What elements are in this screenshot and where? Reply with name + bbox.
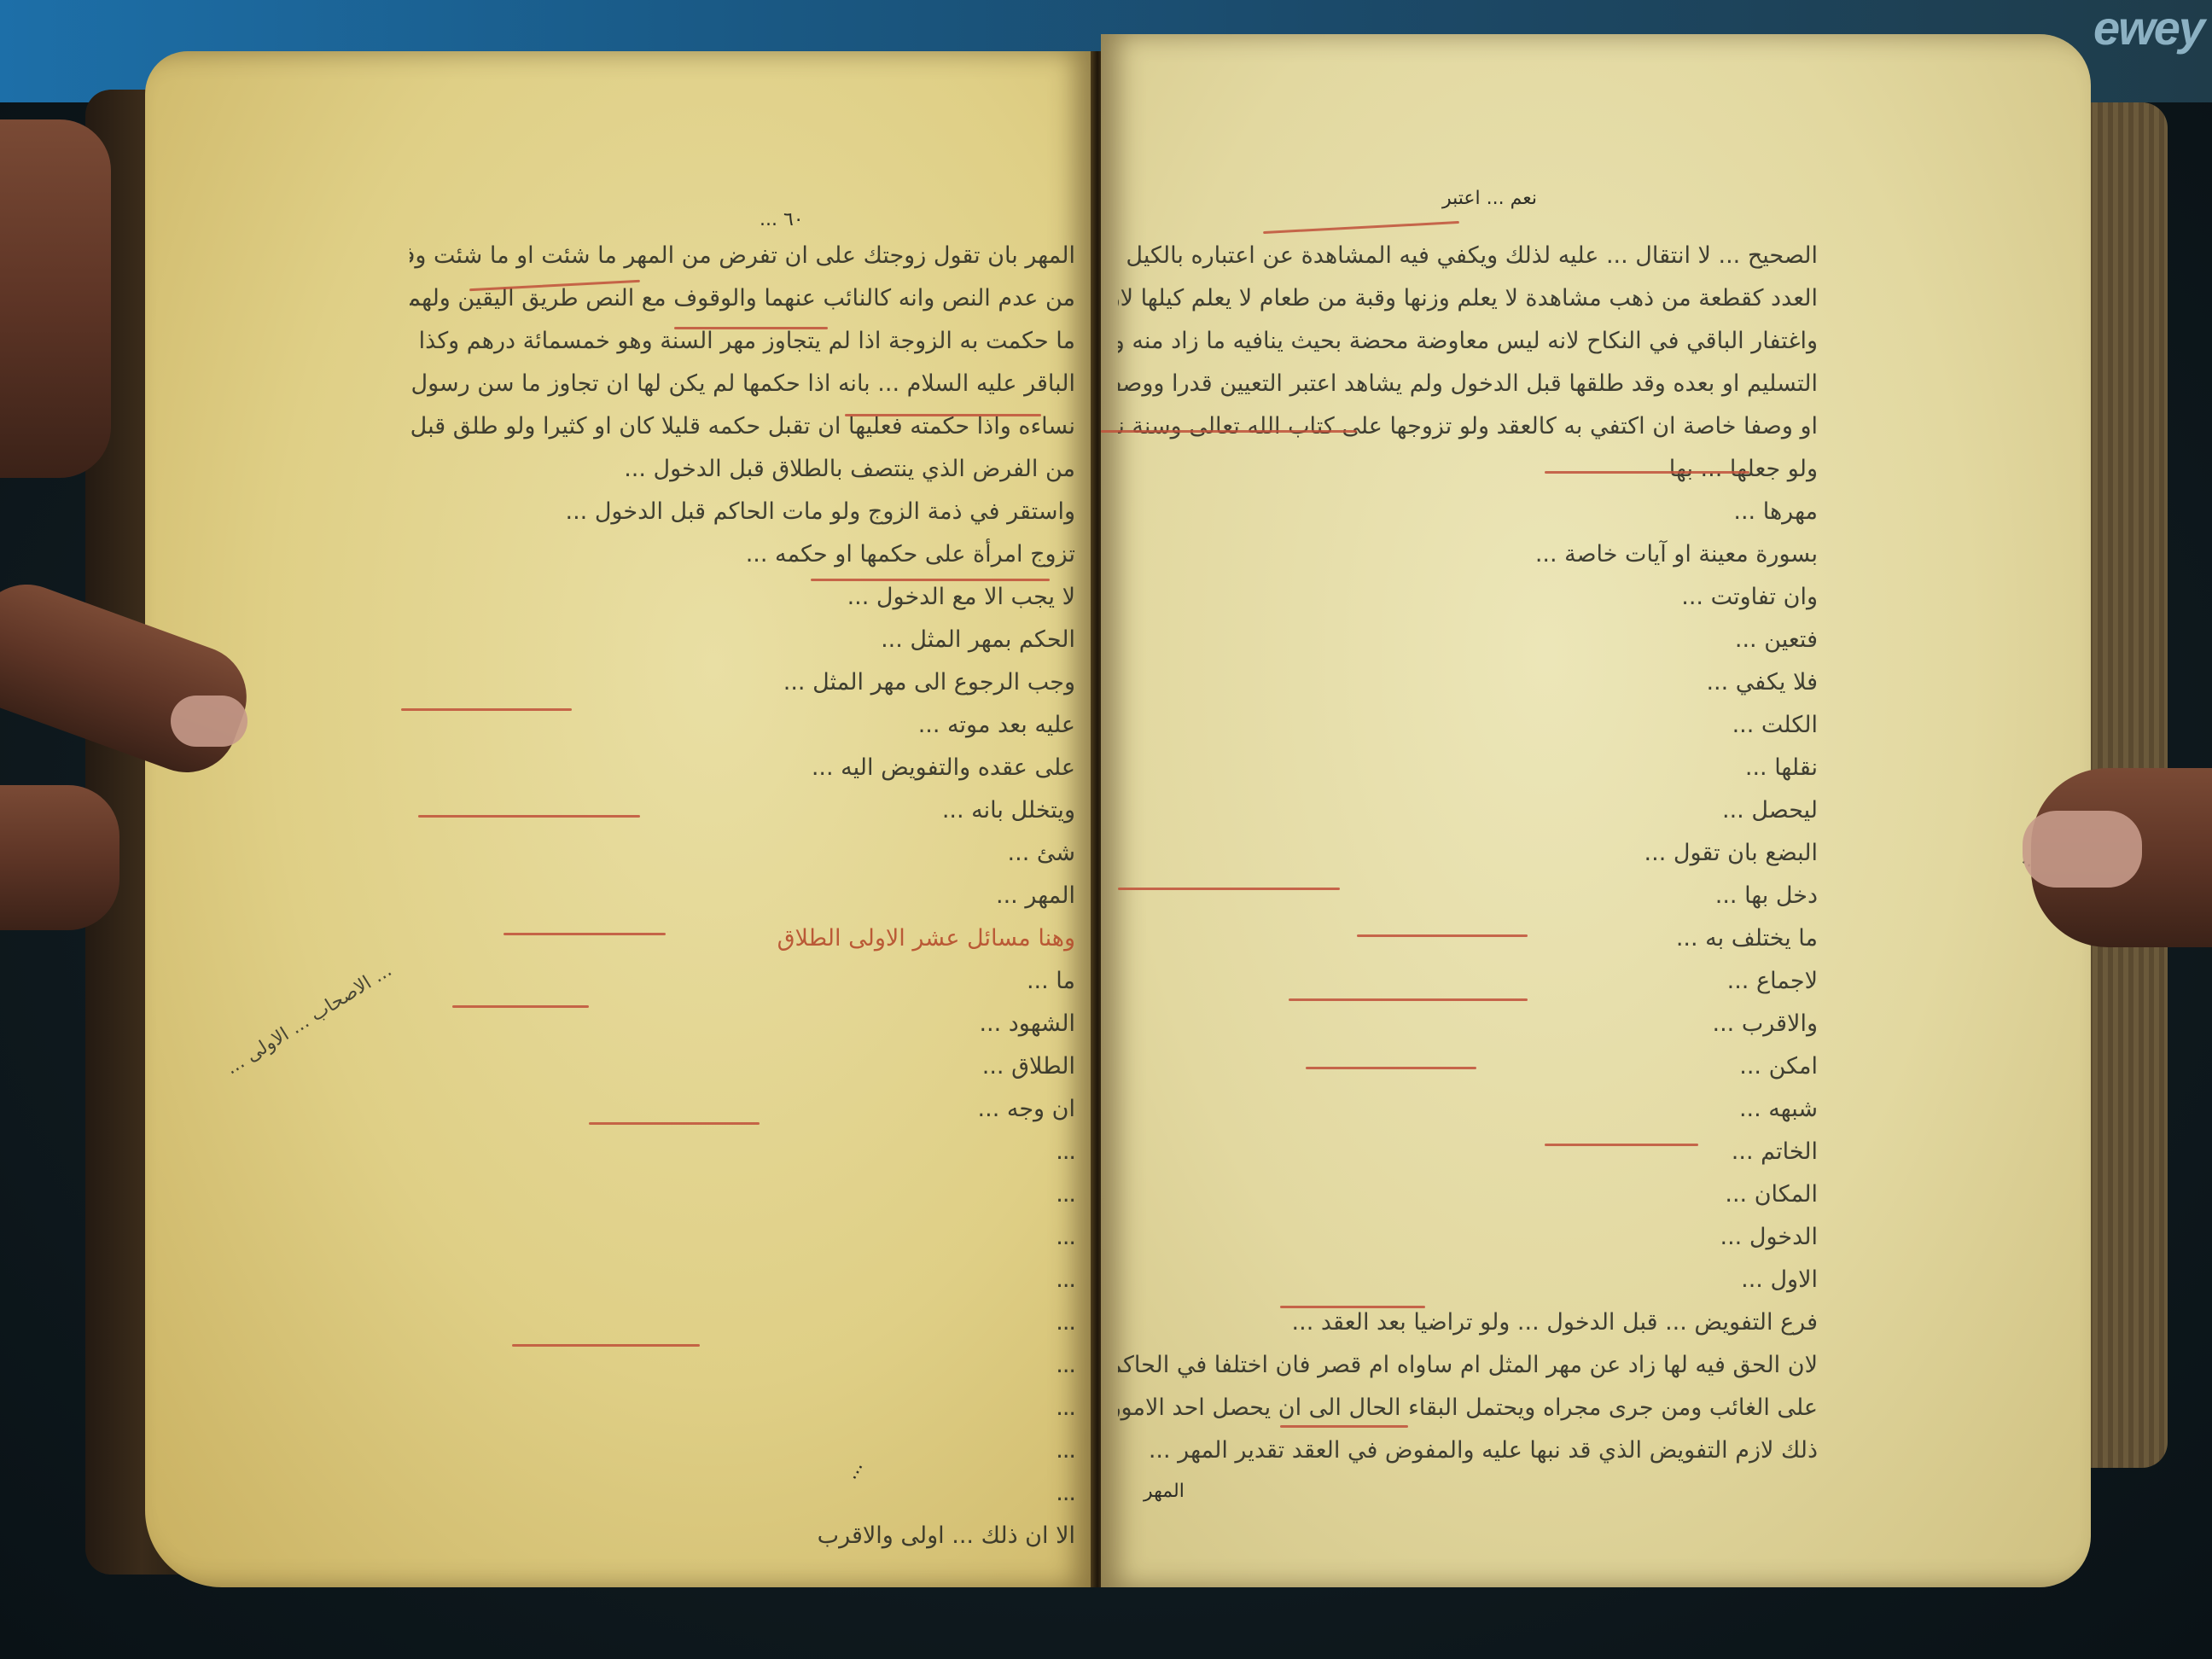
manuscript-line: وان تفاوتت ...: [1118, 576, 1818, 619]
rubric-underline: [1289, 998, 1528, 1001]
manuscript-line: العدد كقطعة من ذهب مشاهدة لا يعلم وزنها …: [1118, 277, 1818, 320]
manuscript-line: لاجماع ...: [1118, 960, 1818, 1003]
manuscript-line: وجب الرجوع الى مهر المثل ...: [410, 661, 1075, 704]
manuscript-line: ذلك لازم التفويض الذي قد نبها عليه والمف…: [1118, 1429, 1818, 1472]
manuscript-line: نقلها ...: [1118, 747, 1818, 789]
rubric-underline: [1280, 1425, 1408, 1428]
rubric-underline: [1357, 934, 1528, 937]
right-page-header-note: نعم ... اعتبر: [1442, 188, 1537, 209]
manuscript-line: او وصفا خاصة ان اكتفي به كالعقد ولو تزوج…: [1118, 405, 1818, 448]
rubric-underline: [504, 933, 666, 935]
manuscript-line: ...: [410, 1429, 1075, 1472]
manuscript-line: ويتخلل بانه ...: [410, 789, 1075, 832]
manuscript-line: التسليم او بعده وقد طلقها قبل الدخول ولم…: [1118, 363, 1818, 405]
rubric-underline: [512, 1344, 700, 1347]
manuscript-line: المكان ...: [1118, 1173, 1818, 1216]
manuscript-line: الكلت ...: [1118, 704, 1818, 747]
hand-left-upper: [0, 119, 111, 478]
rubric-underline: [418, 815, 640, 818]
manuscript-line: شبهه ...: [1118, 1088, 1818, 1131]
manuscript-line: من الفرض الذي ينتصف بالطلاق قبل الدخول .…: [410, 448, 1075, 491]
manuscript-line: ...: [410, 1472, 1075, 1515]
rubric-underline: [589, 1122, 760, 1125]
rubric-underline: [452, 1005, 589, 1008]
manuscript-line: تزوج امرأة على حكمها او حكمه ...: [410, 533, 1075, 576]
left-page-text-block: المهر بان تقول زوجتك على ان تفرض من المه…: [410, 235, 1075, 1557]
manuscript-line: ولو جعلها ... بها: [1118, 448, 1818, 491]
manuscript-line: دخل بها ...: [1118, 875, 1818, 917]
manuscript-line: ...: [410, 1344, 1075, 1387]
manuscript-line: الدخول ...: [1118, 1216, 1818, 1259]
manuscript-line: شئ ...: [410, 832, 1075, 875]
manuscript-line: واغتفار الباقي في النكاح لانه ليس معاوضة…: [1118, 320, 1818, 363]
manuscript-line: الطلاق ...: [410, 1045, 1075, 1088]
manuscript-line: الاول ...: [1118, 1259, 1818, 1301]
rubric-underline: [1545, 471, 1749, 474]
manuscript-line: ...: [410, 1387, 1075, 1429]
manuscript-line: ...: [410, 1216, 1075, 1259]
rubric-underline: [1280, 1306, 1425, 1308]
manuscript-line: المهر ...: [410, 875, 1075, 917]
manuscript-line: البضع بان تقول ...: [1118, 832, 1818, 875]
rubric-underline: [1263, 221, 1459, 234]
manuscript-line: ...: [410, 1301, 1075, 1344]
manuscript-line: واستقر في ذمة الزوج ولو مات الحاكم قبل ا…: [410, 491, 1075, 533]
manuscript-line: لا يجب الا مع الدخول ...: [410, 576, 1075, 619]
right-catchword: المهر: [1144, 1481, 1185, 1502]
rubric-underline: [674, 327, 828, 329]
thumbnail-left: [171, 696, 247, 747]
manuscript-line: فلا يكفي ...: [1118, 661, 1818, 704]
manuscript-line: بسورة معينة او آيات خاصة ...: [1118, 533, 1818, 576]
manuscript-line: ليحصل ...: [1118, 789, 1818, 832]
rubric-underline: [1545, 1144, 1698, 1146]
manuscript-line: لان الحق فيه لها زاد عن مهر المثل ام ساو…: [1118, 1344, 1818, 1387]
rubric-underline: [1101, 430, 1357, 433]
manuscript-line: ...: [410, 1131, 1075, 1173]
rubric-underline: [401, 708, 572, 711]
manuscript-line: ما يختلف به ...: [1118, 917, 1818, 960]
right-page: نعم ... اعتبر الصحيح ... لا انتقال ... ع…: [1101, 34, 2091, 1587]
manuscript-line: على الغائب ومن جرى مجراه ويحتمل البقاء ا…: [1118, 1387, 1818, 1429]
right-page-text-block: الصحيح ... لا انتقال ... عليه لذلك ويكفي…: [1118, 235, 1818, 1472]
left-margin-note: ... الاصحاب ... الاولى ...: [166, 958, 397, 1115]
manuscript-line: الشهود ...: [410, 1003, 1075, 1045]
manuscript-line: مهرها ...: [1118, 491, 1818, 533]
thumbnail-right: [2023, 811, 2142, 888]
manuscript-line: الحكم بمهر المثل ...: [410, 619, 1075, 661]
manuscript-line: والاقرب ...: [1118, 1003, 1818, 1045]
manuscript-line: وهنا مسائل عشر الاولى الطلاق: [410, 917, 1075, 960]
backdrop-label: ewey: [2093, 0, 2203, 55]
rubric-underline: [1306, 1067, 1476, 1069]
manuscript-line: نساءه واذا حكمته فعليها ان تقبل حكمه قلي…: [410, 405, 1075, 448]
manuscript-line: ...: [410, 1259, 1075, 1301]
rubric-underline: [1118, 888, 1340, 890]
rubric-underline: [811, 579, 1050, 581]
manuscript-line: فرع التفويض ... قبل الدخول ... ولو تراضي…: [1118, 1301, 1818, 1344]
left-page-header-note: ٦٠ ...: [760, 209, 804, 230]
hand-left-lower: [0, 785, 119, 930]
manuscript-line: الا ان ذلك ... اولى والاقرب: [410, 1515, 1075, 1557]
left-page: ٦٠ ... المهر بان تقول زوجتك على ان تفرض …: [145, 51, 1092, 1587]
manuscript-line: على عقده والتفويض اليه ...: [410, 747, 1075, 789]
manuscript-line: الباقر عليه السلام ... بانه اذا حكمها لم…: [410, 363, 1075, 405]
rubric-underline: [845, 414, 1041, 416]
manuscript-line: ما ...: [410, 960, 1075, 1003]
manuscript-line: المهر بان تقول زوجتك على ان تفرض من المه…: [410, 235, 1075, 277]
manuscript-line: من عدم النص وانه كالنائب عنهما والوقوف م…: [410, 277, 1075, 320]
manuscript-line: فتعين ...: [1118, 619, 1818, 661]
manuscript-line: ...: [410, 1173, 1075, 1216]
manuscript-line: الصحيح ... لا انتقال ... عليه لذلك ويكفي…: [1118, 235, 1818, 277]
manuscript-line: الخاتم ...: [1118, 1131, 1818, 1173]
